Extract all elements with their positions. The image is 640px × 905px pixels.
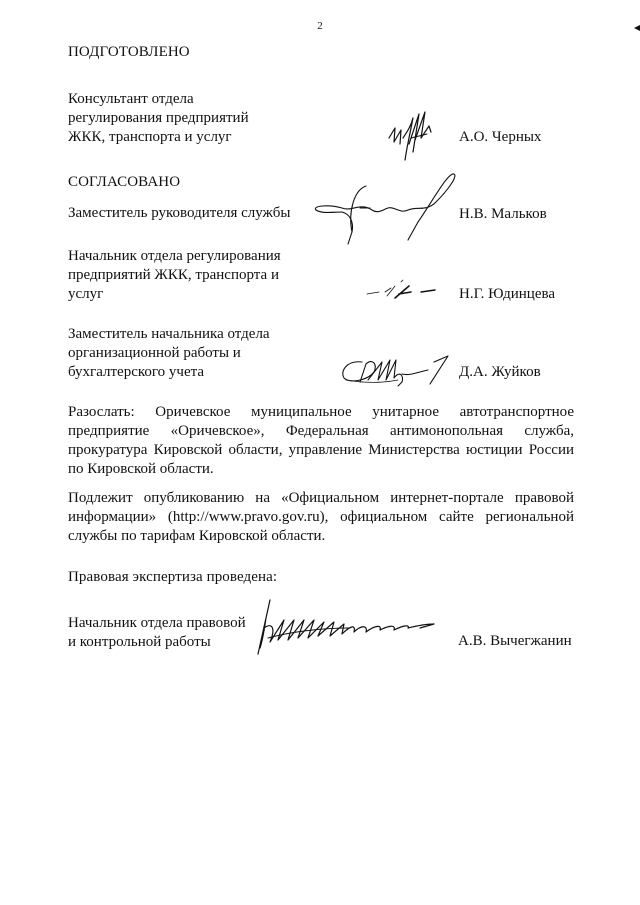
signature-icon	[385, 108, 445, 166]
signatory-name: Д.А. Жуйков	[459, 363, 541, 382]
signature-icon	[338, 350, 458, 390]
signatory-position: Консультант отдела регулирования предпри…	[68, 90, 308, 147]
signatory-name: Н.Г. Юдинцева	[459, 285, 555, 304]
signatory-position: Заместитель начальника отдела организаци…	[68, 325, 328, 382]
signature-icon	[308, 172, 468, 252]
page-number: 2	[0, 20, 640, 32]
corner-mark-icon	[634, 25, 640, 31]
signatory-position: Начальник отдела правовой и контрольной …	[68, 614, 268, 652]
signature-icon	[250, 598, 450, 658]
publication-notice: Подлежит опубликованию на «Официальном и…	[68, 489, 574, 546]
signatory-name: А.В. Вычегжанин	[458, 632, 572, 651]
signatory-name: Н.В. Мальков	[459, 205, 547, 224]
legal-review-heading: Правовая экспертиза проведена:	[68, 568, 277, 587]
signatory-position: Заместитель руководителя службы	[68, 204, 328, 223]
prepared-heading: ПОДГОТОВЛЕНО	[68, 43, 190, 62]
signatory-position: Начальник отдела регулирования предприят…	[68, 247, 328, 304]
signatory-name: А.О. Черных	[459, 128, 541, 147]
distribution-list: Разослать: Оричевское муниципальное унит…	[68, 403, 574, 479]
signature-icon	[365, 276, 440, 302]
approved-heading: СОГЛАСОВАНО	[68, 173, 180, 192]
